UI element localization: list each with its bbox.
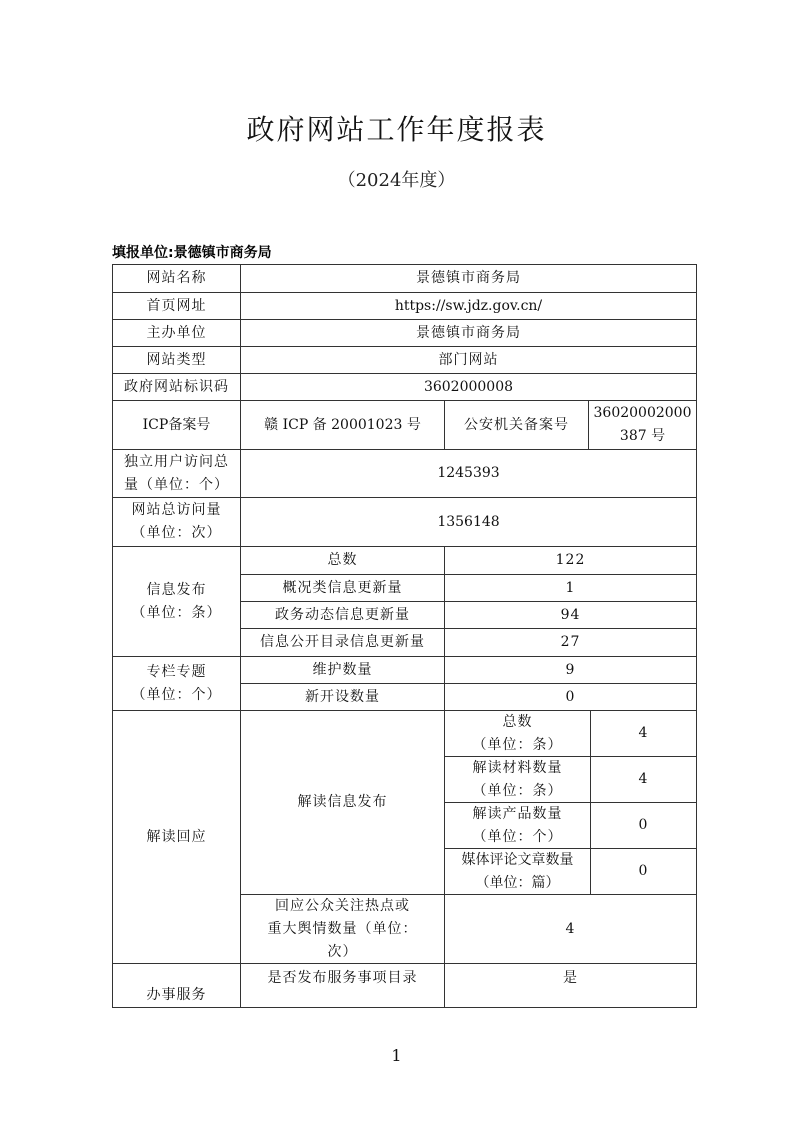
services-row-label: 是否发布服务事项目录: [240, 963, 445, 1008]
value-icp: 赣 ICP 备 20001023 号: [240, 400, 445, 450]
info-publish-row-label: 概况类信息更新量: [240, 574, 445, 602]
interpretation-row-value: 4: [590, 710, 697, 757]
value-site-id: 3602000008: [240, 373, 697, 401]
value-site-type: 部门网站: [240, 346, 697, 374]
label-host-unit: 主办单位: [112, 319, 241, 347]
value-homepage: https://sw.jdz.gov.cn/: [240, 292, 697, 320]
police-record-line2: 387 号: [620, 425, 665, 448]
label-interpretation: 解读回应: [112, 710, 241, 964]
filing-unit: 填报单位:景德镇市商务局: [112, 242, 272, 262]
label-interpretation-publish: 解读信息发布: [240, 710, 445, 895]
label-line: 次）: [328, 941, 358, 964]
label-line: 专栏专题: [147, 661, 207, 684]
label-line: 重大舆情数量（单位：: [268, 918, 418, 941]
info-publish-row-value: 122: [444, 546, 697, 575]
label-line: 总数: [503, 711, 533, 734]
services-row-value: 是: [444, 963, 697, 1008]
label-public-response: 回应公众关注热点或 重大舆情数量（单位： 次）: [240, 894, 445, 964]
label-line: 媒体评论文章数量: [462, 849, 574, 872]
police-record-line1: 36020002000: [594, 402, 692, 425]
columns-row-value: 0: [444, 683, 697, 711]
interpretation-row-label: 媒体评论文章数量 （单位：篇）: [444, 848, 591, 895]
label-line: （单位：条）: [473, 734, 563, 757]
columns-row-value: 9: [444, 656, 697, 684]
label-columns: 专栏专题 （单位：个）: [112, 656, 241, 711]
label-site-type: 网站类型: [112, 346, 241, 374]
interpretation-row-value: 4: [590, 756, 697, 803]
label-line: （单位：条）: [132, 602, 222, 625]
value-host-unit: 景德镇市商务局: [240, 319, 697, 347]
value-unique-visitors: 1245393: [240, 449, 697, 498]
columns-row-label: 新开设数量: [240, 683, 445, 711]
interpretation-row-label: 总数 （单位：条）: [444, 710, 591, 757]
info-publish-row-label: 总数: [240, 546, 445, 575]
info-publish-row-label: 政务动态信息更新量: [240, 601, 445, 629]
label-services: 办事服务: [112, 963, 241, 1008]
label-line: 解读产品数量: [473, 803, 563, 826]
interpretation-row-value: 0: [590, 848, 697, 895]
interpretation-row-value: 0: [590, 802, 697, 849]
report-year: （2024年度）: [0, 166, 793, 192]
label-total-visits: 网站总访问量 （单位：次）: [112, 497, 241, 547]
label-line: 解读材料数量: [473, 757, 563, 780]
label-icp: ICP备案号: [112, 400, 241, 450]
info-publish-row-value: 1: [444, 574, 697, 602]
label-site-id: 政府网站标识码: [112, 373, 241, 401]
label-homepage: 首页网址: [112, 292, 241, 320]
label-unique-visitors: 独立用户访问总 量（单位：个）: [112, 449, 241, 498]
label-info-publish: 信息发布 （单位：条）: [112, 546, 241, 657]
info-publish-row-value: 27: [444, 628, 697, 657]
label-line: 信息发布: [147, 579, 207, 602]
interpretation-row-label: 解读材料数量 （单位：条）: [444, 756, 591, 803]
page-number: 1: [0, 1046, 793, 1065]
page-title: 政府网站工作年度报表: [0, 108, 793, 148]
label-site-name: 网站名称: [112, 264, 241, 293]
label-line: 回应公众关注热点或: [275, 895, 410, 918]
columns-row-label: 维护数量: [240, 656, 445, 684]
value-police-record: 36020002000 387 号: [588, 400, 697, 450]
label-line: （单位：篇）: [476, 872, 560, 895]
label-line: 量（单位：个）: [124, 474, 229, 497]
value-public-response: 4: [444, 894, 697, 964]
label-line: （单位：条）: [473, 780, 563, 803]
info-publish-row-value: 94: [444, 601, 697, 629]
label-line: （单位：个）: [473, 826, 563, 849]
label-line: 独立用户访问总: [124, 451, 229, 474]
interpretation-row-label: 解读产品数量 （单位：个）: [444, 802, 591, 849]
label-line: 网站总访问量: [132, 499, 222, 522]
value-total-visits: 1356148: [240, 497, 697, 547]
label-line: （单位：次）: [132, 522, 222, 545]
label-line: （单位：个）: [132, 684, 222, 707]
value-site-name: 景德镇市商务局: [240, 264, 697, 293]
info-publish-row-label: 信息公开目录信息更新量: [240, 628, 445, 657]
label-police-record: 公安机关备案号: [444, 400, 589, 450]
